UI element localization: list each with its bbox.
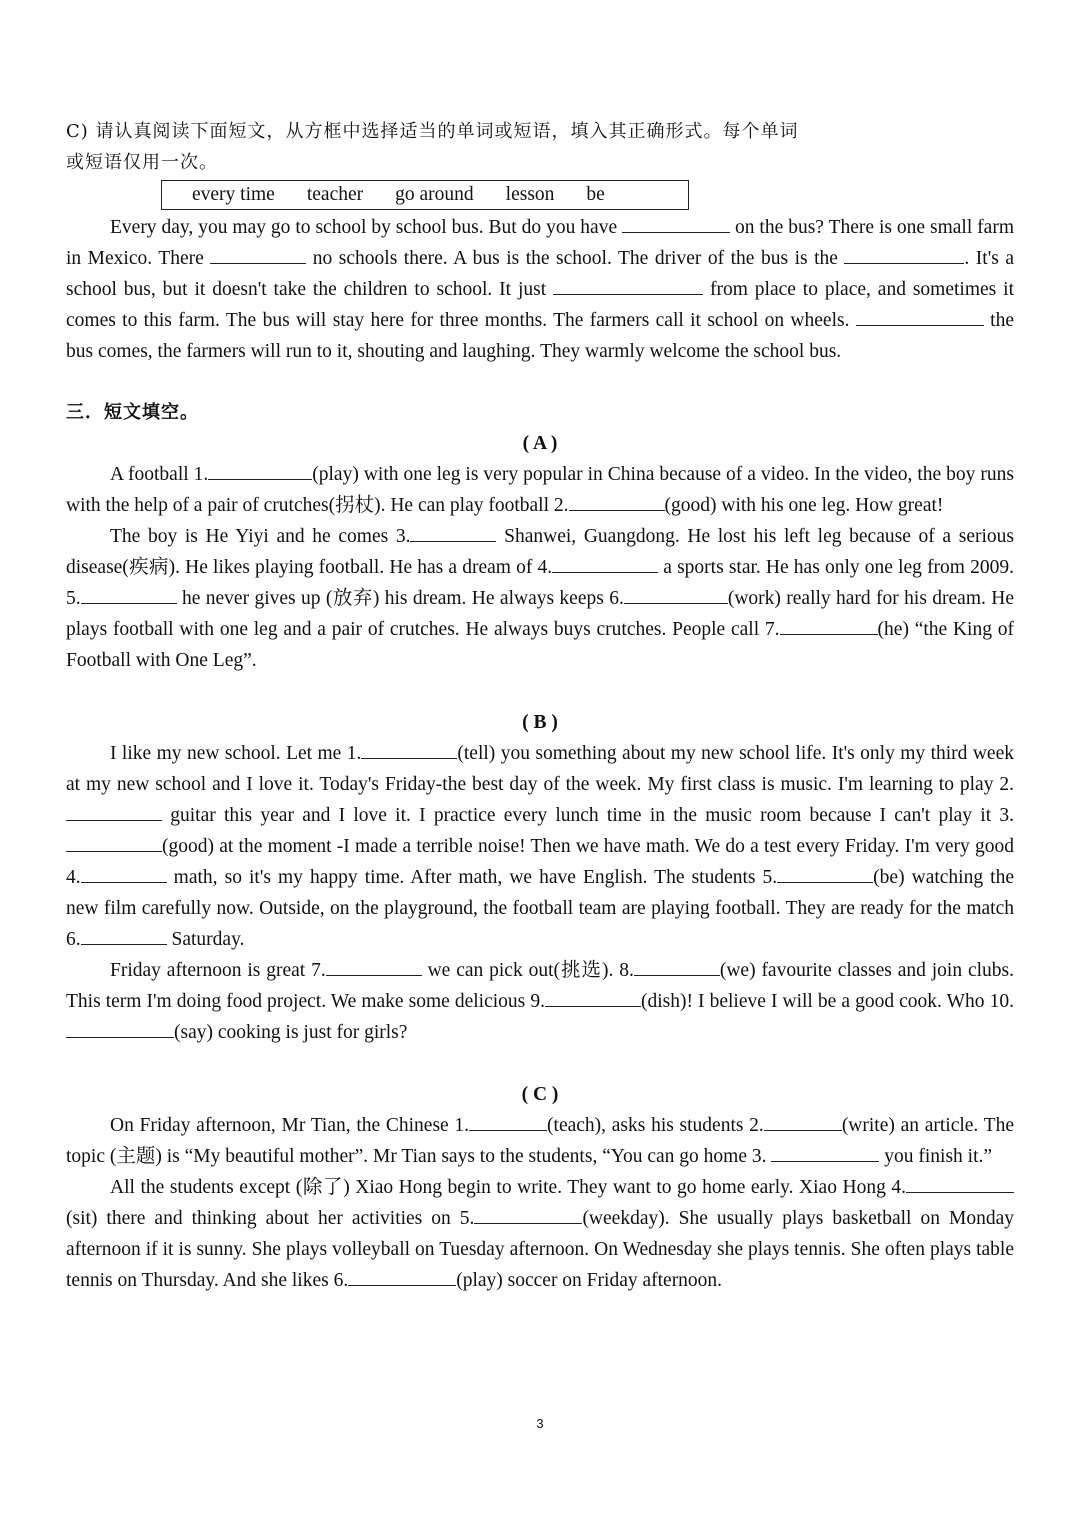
word-bank-item: teacher xyxy=(307,184,363,206)
answer-blank[interactable] xyxy=(553,277,703,295)
answer-blank[interactable] xyxy=(66,834,162,852)
answer-blank[interactable] xyxy=(410,524,496,542)
part-c-instruction-line2: 或短语仅用一次。 xyxy=(66,147,1014,178)
passage-a-label: ( A ) xyxy=(66,428,1014,459)
answer-blank[interactable] xyxy=(569,493,665,511)
answer-blank[interactable] xyxy=(856,308,984,326)
worksheet-page: C) 请认真阅读下面短文，从方框中选择适当的单词或短语，填入其正确形式。每个单词… xyxy=(66,116,1014,1296)
word-bank-item: go around xyxy=(395,184,474,206)
word-bank-box: every time teacher go around lesson be xyxy=(161,180,689,210)
passage-b-paragraph-2: Friday afternoon is great 7. we can pick… xyxy=(66,955,1014,1048)
passage-c-label: ( C ) xyxy=(66,1079,1014,1110)
answer-blank[interactable] xyxy=(545,989,641,1007)
answer-blank[interactable] xyxy=(777,865,873,883)
word-bank-item: every time xyxy=(192,184,275,206)
part-c-passage: Every day, you may go to school by schoo… xyxy=(66,212,1014,367)
answer-blank[interactable] xyxy=(780,617,878,635)
answer-blank[interactable] xyxy=(622,215,730,233)
answer-blank[interactable] xyxy=(906,1175,1014,1193)
word-bank-item: be xyxy=(586,184,604,206)
answer-blank[interactable] xyxy=(210,246,306,264)
answer-blank[interactable] xyxy=(66,803,162,821)
answer-blank[interactable] xyxy=(624,586,728,604)
section-heading: 三．短文填空。 xyxy=(66,397,1014,428)
answer-blank[interactable] xyxy=(361,741,457,759)
passage-a-paragraph-1: A football 1.(play) with one leg is very… xyxy=(66,459,1014,521)
answer-blank[interactable] xyxy=(81,927,167,945)
answer-blank[interactable] xyxy=(81,865,167,883)
answer-blank[interactable] xyxy=(764,1113,842,1131)
answer-blank[interactable] xyxy=(469,1113,547,1131)
answer-blank[interactable] xyxy=(66,1020,174,1038)
word-bank-item: lesson xyxy=(506,184,555,206)
passage-a-paragraph-2: The boy is He Yiyi and he comes 3. Shanw… xyxy=(66,521,1014,676)
answer-blank[interactable] xyxy=(771,1144,879,1162)
answer-blank[interactable] xyxy=(326,958,422,976)
passage-b-paragraph-1: I like my new school. Let me 1.(tell) yo… xyxy=(66,738,1014,955)
answer-blank[interactable] xyxy=(634,958,720,976)
answer-blank[interactable] xyxy=(552,555,658,573)
page-number: 3 xyxy=(0,1416,1080,1431)
answer-blank[interactable] xyxy=(474,1206,582,1224)
answer-blank[interactable] xyxy=(81,586,177,604)
passage-c-paragraph-2: All the students except (除了) Xiao Hong b… xyxy=(66,1172,1014,1296)
passage-b-label: ( B ) xyxy=(66,707,1014,738)
answer-blank[interactable] xyxy=(348,1268,456,1286)
answer-blank[interactable] xyxy=(844,246,964,264)
part-c-instruction-line1: C) 请认真阅读下面短文，从方框中选择适当的单词或短语，填入其正确形式。每个单词 xyxy=(66,116,1014,147)
passage-c-paragraph-1: On Friday afternoon, Mr Tian, the Chines… xyxy=(66,1110,1014,1172)
answer-blank[interactable] xyxy=(208,462,312,480)
